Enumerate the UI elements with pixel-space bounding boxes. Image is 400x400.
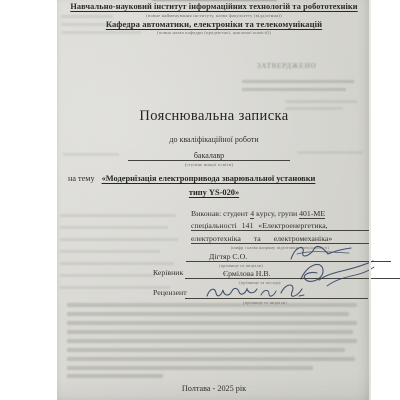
bleed-through-line — [61, 15, 113, 18]
executor-line1-prefix: Виконав: студент — [191, 209, 250, 218]
topic-row: на тему «Модернізація електропривода зва… — [68, 174, 364, 183]
bleed-through-line — [63, 153, 119, 156]
executor-line1-mid: курсу, групи — [254, 209, 299, 218]
executor-line1: Виконав: студент 4 курсу, групи 401-МЕ — [191, 209, 369, 218]
document-sheet: Навчально-науковий інститут інформаційни… — [57, 0, 371, 400]
bleed-through-line — [67, 366, 313, 370]
bleed-through-line — [61, 23, 131, 26]
bleed-through-line — [242, 88, 346, 91]
bleed-through-line — [67, 312, 349, 316]
document-title: Пояснювальна записка — [57, 108, 371, 125]
degree-value: бакалавр — [194, 151, 224, 160]
bleed-through-line — [67, 303, 357, 307]
bleed-through-line — [242, 80, 354, 83]
topic-prefix: на тему — [68, 174, 95, 183]
bleed-through-line — [60, 274, 156, 277]
bleed-through-line — [285, 100, 357, 103]
bleed-through-line — [67, 374, 163, 378]
photo-of-title-page: { "doc": { "header": { "institute": "Нав… — [0, 0, 400, 400]
bleed-through-line — [67, 321, 357, 325]
executor-specialty-line1: спеціальності 141 «Електроенергетика, — [191, 221, 369, 231]
bleed-through-line — [60, 250, 160, 253]
degree-field: бакалавр — [128, 149, 290, 161]
bleed-through-line — [61, 31, 141, 34]
handwritten-signatures — [177, 240, 377, 310]
bleed-through-line — [67, 339, 357, 343]
topic-line2: типу YS-020» — [57, 188, 371, 197]
bleed-through-approved-stamp: ЗАТВЕРДЖЕНО — [257, 62, 317, 70]
bleed-through-line — [67, 330, 353, 334]
bleed-through-line — [67, 357, 355, 361]
bleed-through-line — [297, 151, 363, 154]
bleed-through-line — [60, 226, 168, 229]
bleed-through-line — [60, 214, 176, 217]
executor-group: 401-МЕ — [299, 209, 325, 219]
document-subtitle: до кваліфікаційної роботи — [57, 135, 371, 144]
topic-line1: «Модернізація електропривода зварювально… — [102, 174, 316, 183]
bleed-through-line — [60, 238, 178, 241]
institute-name: Навчально-науковий інститут інформаційни… — [57, 2, 371, 11]
footer-city-year: Полтава - 2025 рік — [57, 384, 371, 393]
bleed-through-line — [60, 262, 174, 265]
degree-caption: (ступінь вищої освіти) — [128, 162, 290, 167]
bleed-through-line — [67, 348, 345, 352]
